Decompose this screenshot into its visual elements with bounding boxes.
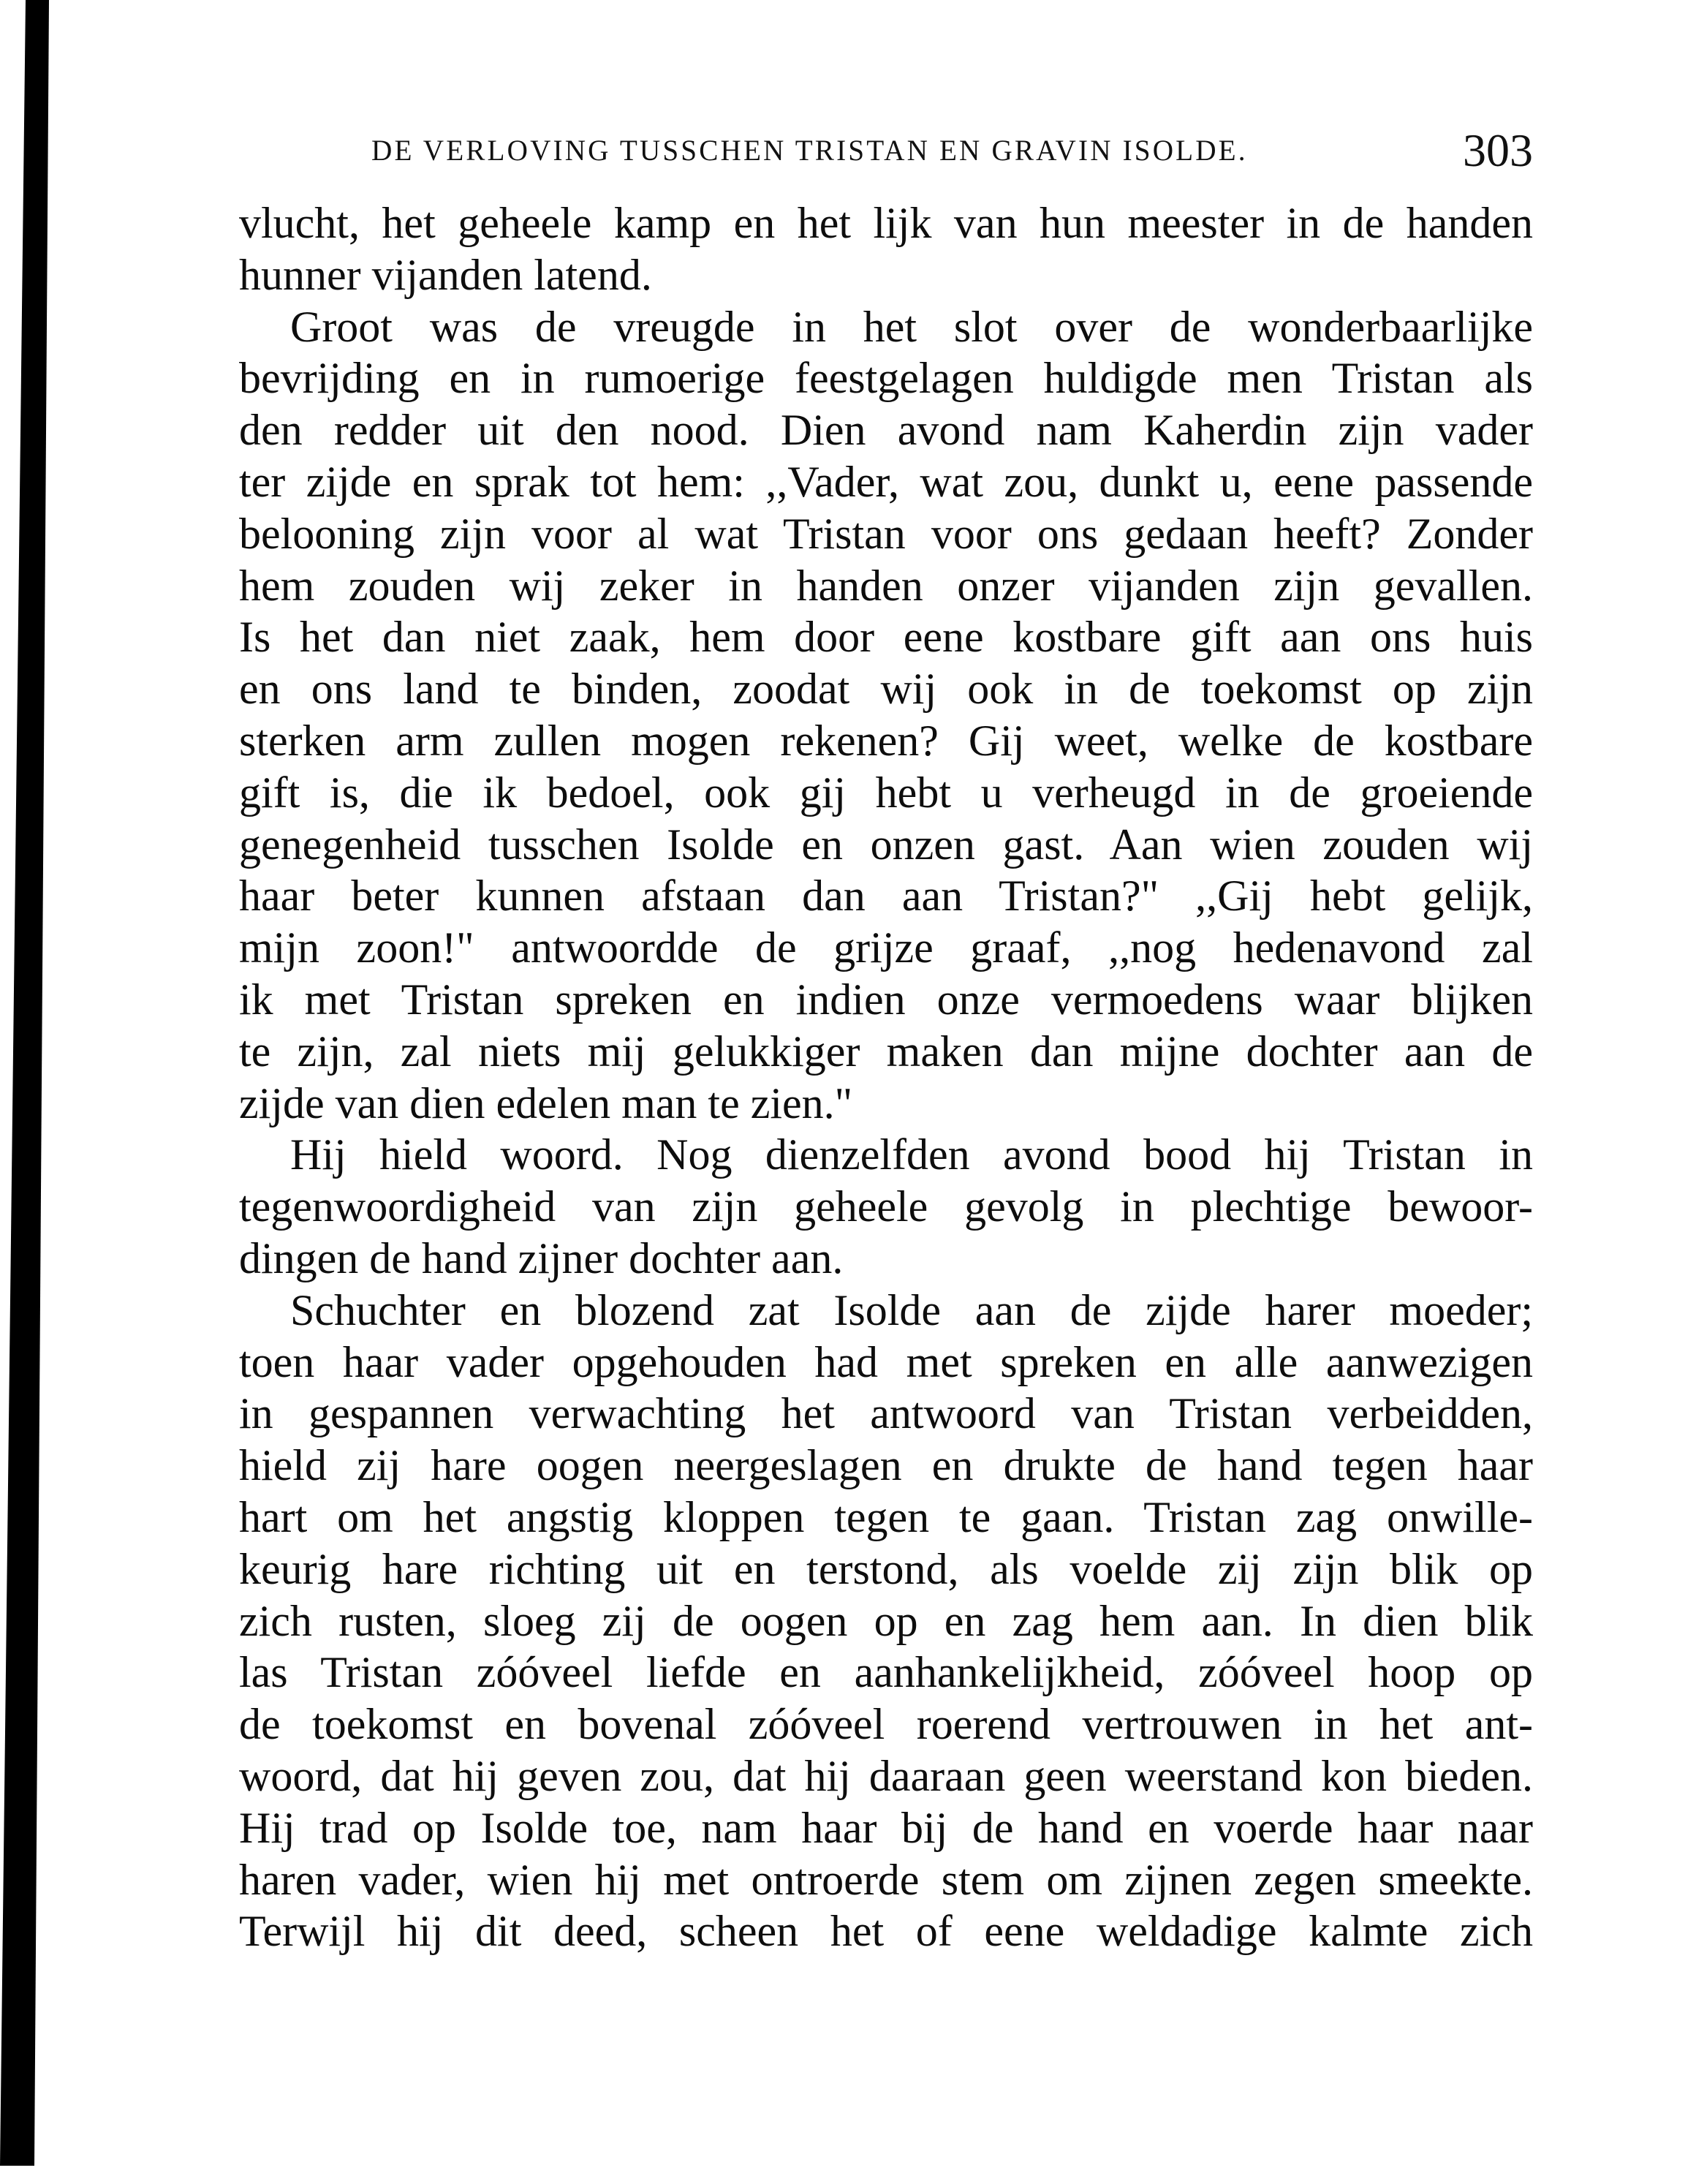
- text-line: dingen de hand zijner dochter aan.: [239, 1233, 1533, 1285]
- text-line: ik met Tristan spreken en indien onze ve…: [239, 974, 1533, 1026]
- text-line: te zijn, zal niets mij gelukkiger maken …: [239, 1026, 1533, 1078]
- text-line: ter zijde en sprak tot hem: ,,Vader, wat…: [239, 456, 1533, 508]
- text-line: zich rusten, sloeg zij de oogen op en za…: [239, 1595, 1533, 1647]
- text-line: Groot was de vreugde in het slot over de…: [290, 301, 1533, 353]
- page-number: 303: [1463, 124, 1533, 177]
- text-line: en ons land te binden, zoodat wij ook in…: [239, 663, 1533, 715]
- text-line: Hij trad op Isolde toe, nam haar bij de …: [239, 1802, 1533, 1854]
- text-line: de toekomst en bovenal zóóveel roerend v…: [239, 1699, 1533, 1750]
- text-line: hunner vijanden latend.: [239, 249, 1533, 301]
- text-line: toen haar vader opgehouden had met sprek…: [239, 1337, 1533, 1388]
- text-line: haren vader, wien hij met ontroerde stem…: [239, 1854, 1533, 1906]
- text-line: gift is, die ik bedoel, ook gij hebt u v…: [239, 767, 1533, 819]
- text-line: tegenwoordigheid van zijn geheele gevolg…: [239, 1181, 1533, 1233]
- text-line: den redder uit den nood. Dien avond nam …: [239, 404, 1533, 456]
- text-line: bevrijding en in rumoerige feestgelagen …: [239, 352, 1533, 404]
- text-line: Schuchter en blozend zat Isolde aan de z…: [290, 1285, 1533, 1337]
- scan-binding-edge: [0, 0, 51, 2166]
- text-line: hield zij hare oogen neergeslagen en dru…: [239, 1440, 1533, 1492]
- text-line: hem zouden wij zeker in handen onzer vij…: [239, 560, 1533, 612]
- chapter-title: DE VERLOVING TUSSCHEN TRISTAN EN GRAVIN …: [371, 133, 1248, 167]
- text-line: belooning zijn voor al wat Tristan voor …: [239, 508, 1533, 560]
- text-line: genegenheid tusschen Isolde en onzen gas…: [239, 819, 1533, 871]
- text-line: vlucht, het geheele kamp en het lijk van…: [239, 197, 1533, 249]
- text-line: in gespannen verwachting het antwoord va…: [239, 1388, 1533, 1440]
- text-line: keurig hare richting uit en terstond, al…: [239, 1543, 1533, 1595]
- text-line: Is het dan niet zaak, hem door eene kost…: [239, 611, 1533, 663]
- text-line: sterken arm zullen mogen rekenen? Gij we…: [239, 715, 1533, 767]
- text-line: Hij hield woord. Nog dienzelfden avond b…: [290, 1129, 1533, 1181]
- text-line: woord, dat hij geven zou, dat hij daaraa…: [239, 1750, 1533, 1802]
- text-line: mijn zoon!" antwoordde de grijze graaf, …: [239, 922, 1533, 974]
- running-head: DE VERLOVING TUSSCHEN TRISTAN EN GRAVIN …: [371, 124, 1533, 183]
- text-line: hart om het angstig kloppen tegen te gaa…: [239, 1492, 1533, 1543]
- text-line: las Tristan zóóveel liefde en aanhankeli…: [239, 1647, 1533, 1699]
- text-line: Terwijl hij dit deed, scheen het of eene…: [239, 1905, 1533, 1957]
- text-line: haar beter kunnen afstaan dan aan Trista…: [239, 870, 1533, 922]
- book-page: DE VERLOVING TUSSCHEN TRISTAN EN GRAVIN …: [0, 0, 1696, 2184]
- text-line: zijde van dien edelen man te zien.": [239, 1078, 1533, 1130]
